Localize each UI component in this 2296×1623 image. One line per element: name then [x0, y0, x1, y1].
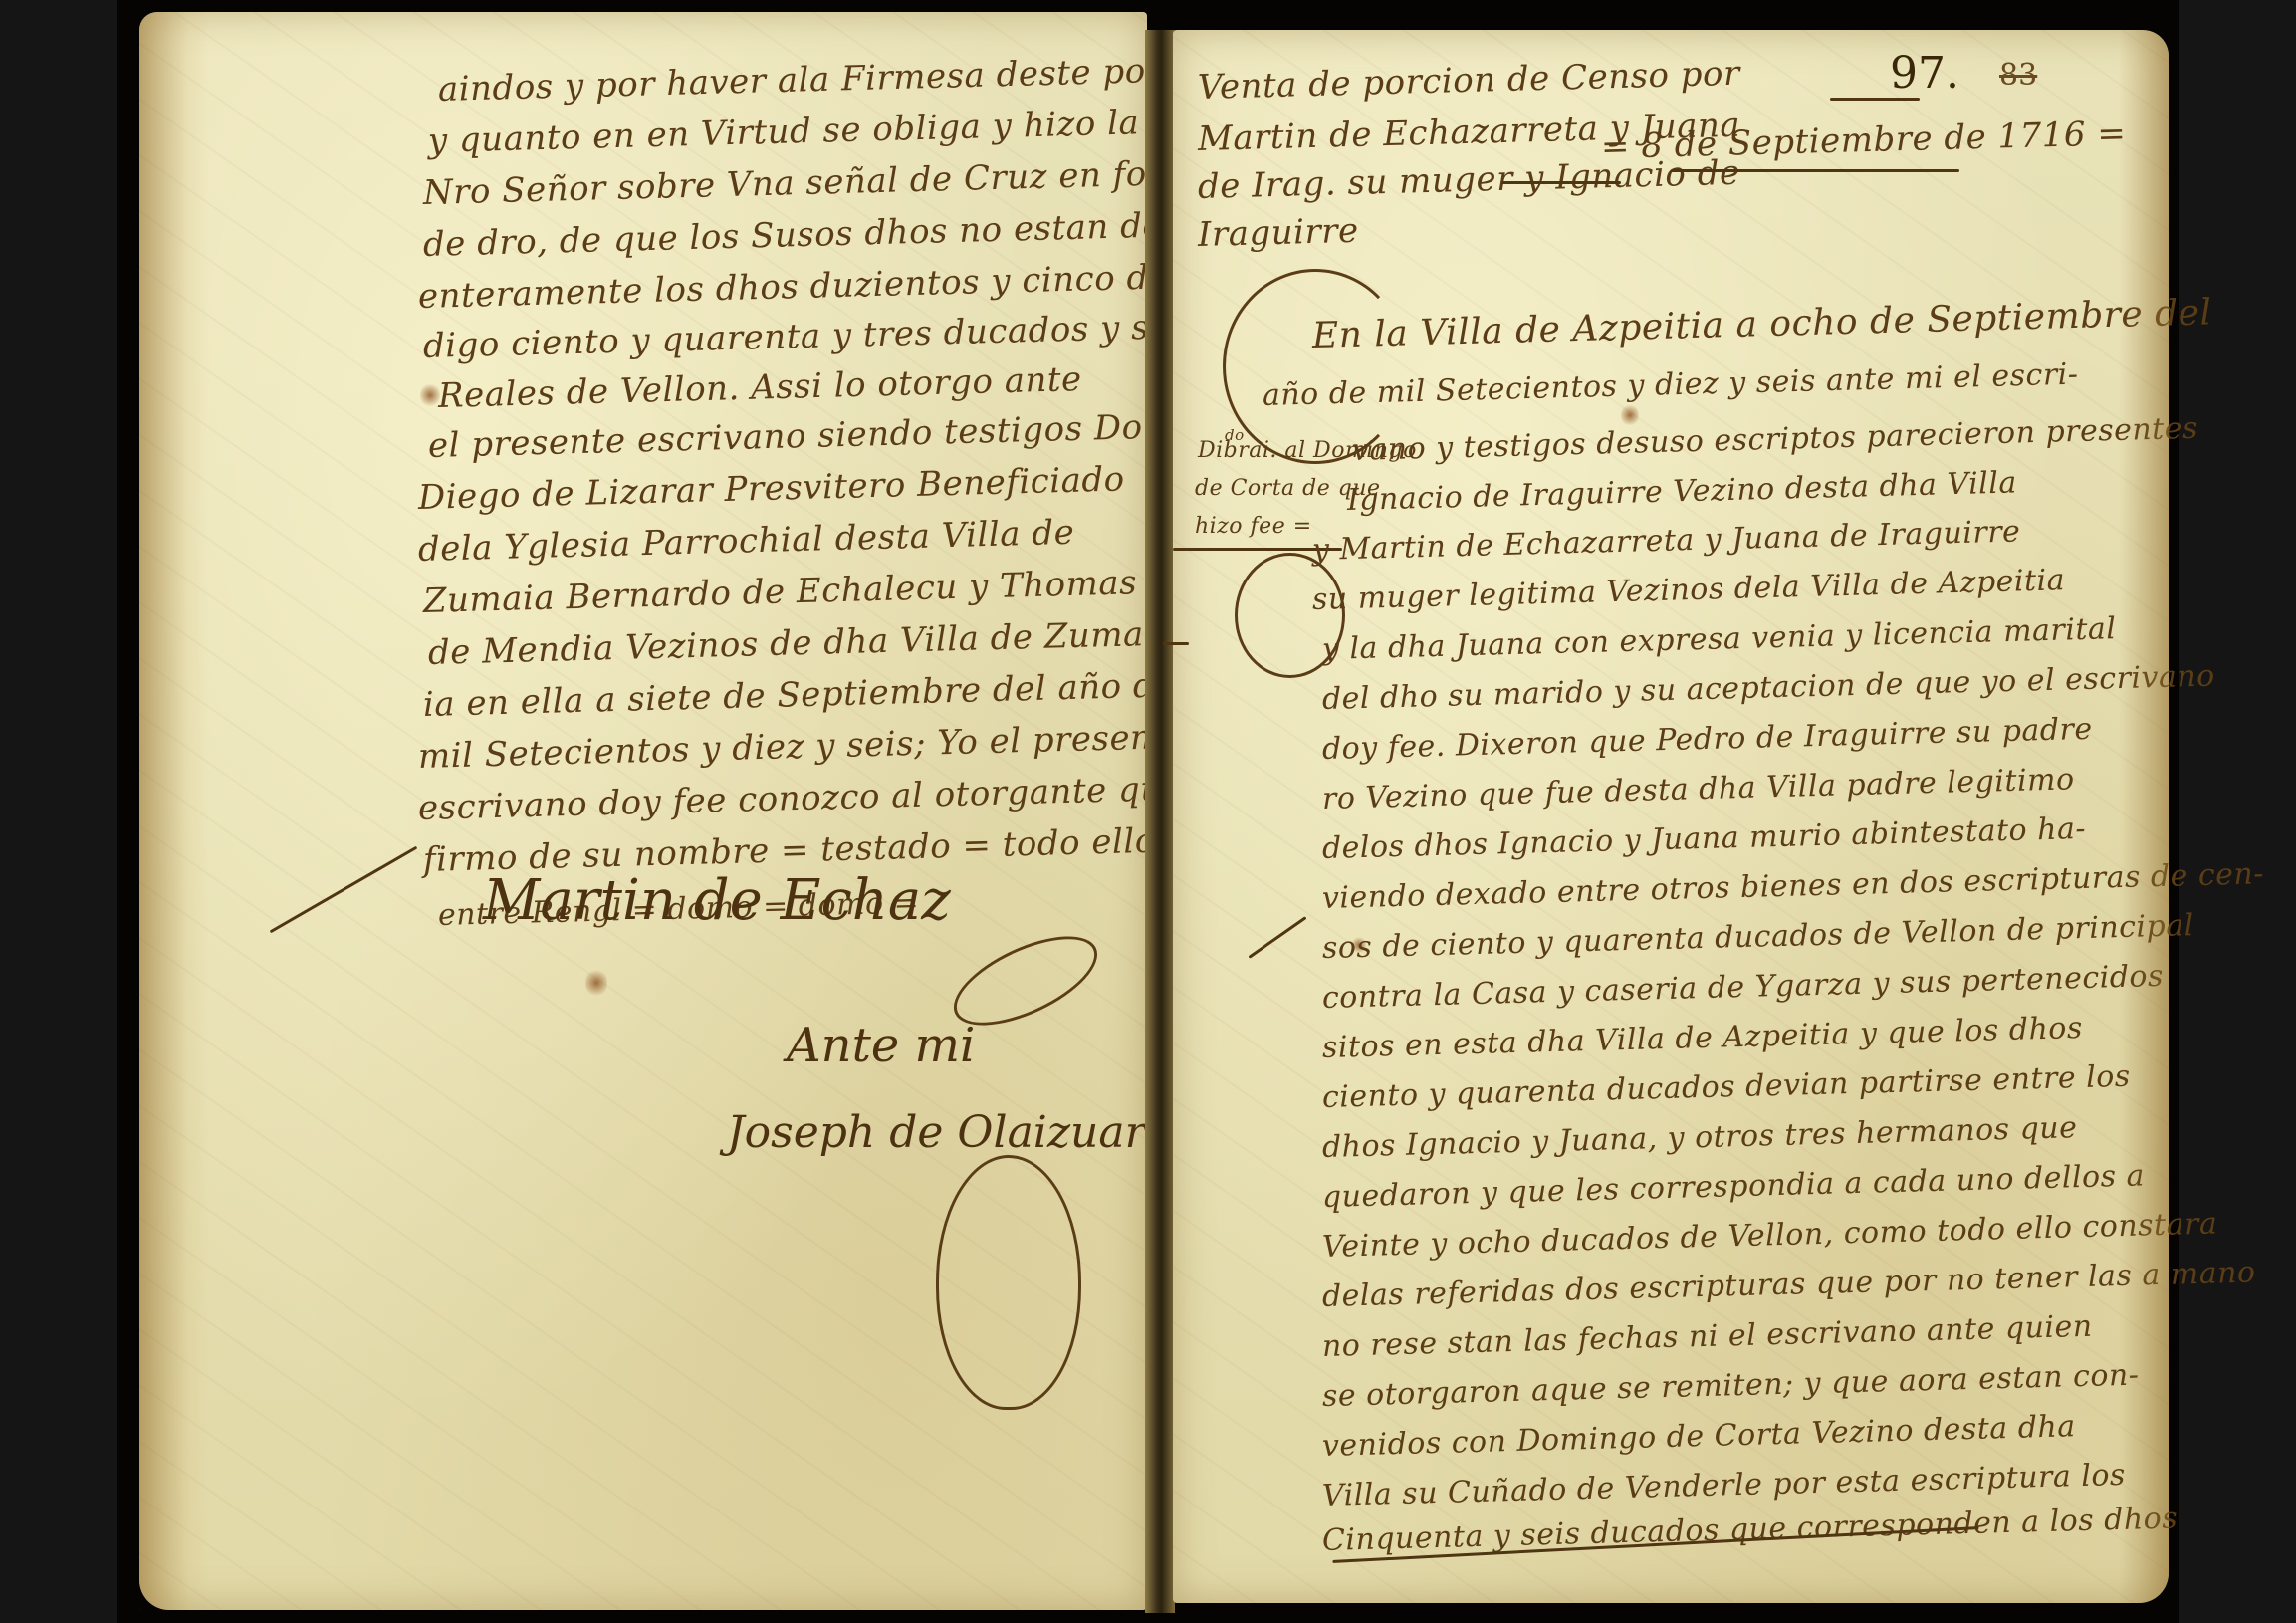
heading-rule — [1501, 181, 1621, 184]
closing-stroke — [270, 846, 418, 934]
text-line: Reales de Vellon. Assi lo otorgo ante — [438, 361, 1083, 414]
text-line: escrivano doy fee conozco al otorgante q… — [418, 771, 1184, 826]
text-line: del dho su marido y su aceptacion de que… — [1322, 659, 2216, 718]
text-line: Zumaia Bernardo de Echalecu y Thomas — [423, 565, 1138, 619]
text-line: y la dha Juana con expresa venia y licen… — [1322, 611, 2117, 668]
text-line: Ignacio de Iraguirre Vezino desta dha Vi… — [1347, 465, 2018, 519]
text-line: Diego de Lizarar Presvitero Beneficiado — [418, 461, 1126, 516]
text-line: venidos con Domingo de Corta Vezino dest… — [1322, 1409, 2077, 1465]
text-line: sitos en esta dha Villa de Azpeitia y qu… — [1322, 1011, 2084, 1066]
text-line: vano y testigos desuso escriptos parecie… — [1352, 411, 2199, 469]
margin-mark — [1163, 642, 1189, 645]
book-gutter — [1145, 30, 1175, 1613]
text-line: contra la Casa y caseria de Ygarza y sus… — [1322, 959, 2165, 1017]
text-line: dhos Ignacio y Juana, y otros tres herma… — [1322, 1110, 2078, 1166]
notary-flourish — [936, 1155, 1081, 1410]
text-line: delas referidas dos escripturas que por … — [1322, 1255, 2256, 1315]
text-line: quedaron y que les correspondia a cada u… — [1322, 1158, 2146, 1216]
signature-otorgante: Martin de Echaz — [483, 868, 951, 933]
text-line: aindos y por haver ala Firmesa deste pod… — [438, 52, 1206, 108]
text-line: dela Yglesia Parrochial desta Villa de — [418, 515, 1075, 568]
right-page: 97. 83 Venta de porcion de Censo por Mar… — [1173, 30, 2169, 1603]
signature-escribano: Joseph de Olaizuaran — [727, 1107, 1200, 1158]
margin-note-superscript: do — [1225, 426, 1245, 444]
left-page: aindos y por haver ala Firmesa deste pod… — [139, 12, 1147, 1610]
text-line: ia en ella a siete de Septiembre del año… — [423, 667, 1177, 723]
text-line: En la Villa de Azpeitia a ocho de Septie… — [1312, 295, 2212, 354]
text-line: se otorgaron aque se remiten; y que aora… — [1322, 1358, 2140, 1415]
signature-ante-mi: Ante mi — [787, 1018, 975, 1073]
text-line: digo ciento y quarenta y tres ducados y … — [423, 308, 1217, 364]
text-line: doy fee. Dixeron que Pedro de Iraguirre … — [1322, 712, 2094, 768]
text-line: delos dhos Ignacio y Juana murio abintes… — [1322, 811, 2087, 867]
text-line: de Mendia Vezinos de dha Villa de Zumai- — [428, 616, 1168, 671]
folio-number-struck: 83 — [1999, 58, 2037, 93]
text-line: ciento y quarenta ducados devian partirs… — [1322, 1059, 2132, 1116]
heading-line: Iraguirre — [1198, 213, 1360, 253]
text-line: Veinte y ocho ducados de Vellon, como to… — [1322, 1206, 2218, 1266]
ink-stain — [585, 968, 607, 998]
text-line: viendo dexado entre otros bienes en dos … — [1322, 856, 2265, 917]
text-line: y quanto en en Virtud se obliga y hizo l… — [428, 103, 1230, 159]
text-line: ro Vezino que fue desta dha Villa padre … — [1322, 762, 2075, 817]
text-line: mil Setecientos y diez y seis; Yo el pre… — [418, 719, 1188, 775]
heading-line: Venta de porcion de Censo por — [1198, 56, 1741, 106]
heading-rule — [1671, 169, 1959, 172]
text-line: y Martin de Echazarreta y Juana de Iragu… — [1312, 514, 2021, 569]
text-line: Nro Señor sobre Vna señal de Cruz en for… — [423, 154, 1218, 211]
text-line: el presente escrivano siendo testigos Do… — [428, 409, 1166, 464]
margin-mark — [1248, 916, 1306, 959]
margin-note-line: hizo fee = — [1195, 514, 1312, 539]
text-line: no rese stan las fechas ni el escrivano … — [1322, 1309, 2094, 1365]
folio-rule — [1830, 98, 1920, 101]
text-line: su muger legitima Vezinos dela Villa de … — [1312, 563, 2066, 618]
text-line: sos de ciento y quarenta ducados de Vell… — [1322, 908, 2195, 967]
folio-number: 97. — [1890, 48, 1959, 99]
ink-stain — [1621, 403, 1639, 427]
